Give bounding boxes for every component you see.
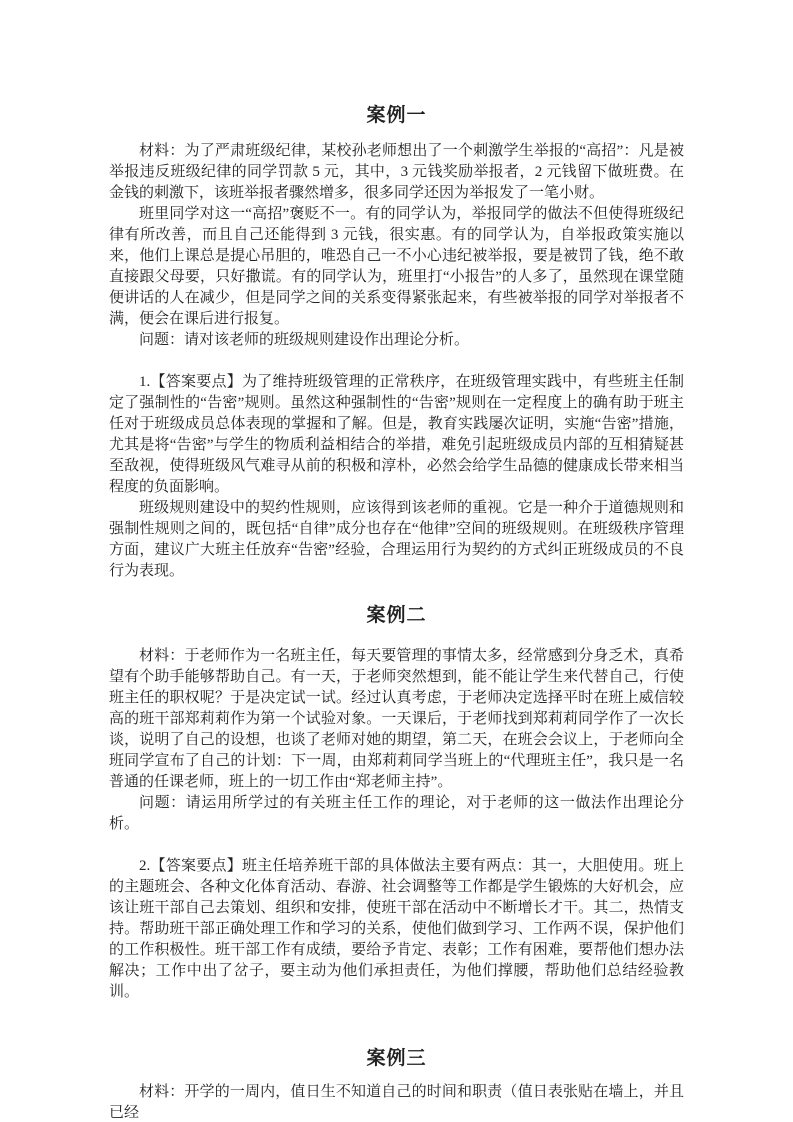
case-1-answer-paragraph-2: 班级规则建设中的契约性规则，应该得到该老师的重视。它是一种介于道德规则和强制性规… [109,498,684,582]
case-1-material-paragraph-1: 材料：为了严肃班级纪律，某校孙老师想出了一个刺激学生举报的“高招”：凡是被举报违… [109,141,684,204]
case-2-question-paragraph: 问题：请运用所学过的有关班主任工作的理论，对于老师的这一做法作出理论分析。 [109,793,684,835]
case-2-material-paragraph-1: 材料：于老师作为一名班主任，每天要管理的事情太多，经常感到分身乏术，真希望有个助… [109,646,684,793]
case-2-answer-block: 2.【答案要点】班主任培养班干部的具体做法主要有两点：其一，大胆使用。班上的主题… [109,856,684,1003]
case-2-title: 案例二 [109,603,684,628]
case-section-3: 案例三 材料：开学的一周内，值日生不知道自己的时间和职责（值日表张贴在墙上，并且… [109,1046,684,1122]
document-page: 案例一 材料：为了严肃班级纪律，某校孙老师想出了一个刺激学生举报的“高招”：凡是… [0,0,793,1122]
case-section-1: 案例一 材料：为了严肃班级纪律，某校孙老师想出了一个刺激学生举报的“高招”：凡是… [109,103,684,582]
case-section-2: 案例二 材料：于老师作为一名班主任，每天要管理的事情太多，经常感到分身乏术，真希… [109,603,684,1003]
case-1-answer-block: 1.【答案要点】为了维持班级管理的正常秩序，在班级管理实践中，有些班主任制定了强… [109,372,684,582]
case-1-question-paragraph: 问题：请对该老师的班级规则建设作出理论分析。 [109,330,684,351]
case-1-material-paragraph-2: 班里同学对这一“高招”褒贬不一。有的同学认为，举报同学的做法不但使得班级纪律有所… [109,204,684,330]
case-3-material-paragraph-1: 材料：开学的一周内，值日生不知道自己的时间和职责（值日表张贴在墙上，并且已经 [109,1082,684,1122]
document-content: 案例一 材料：为了严肃班级纪律，某校孙老师想出了一个刺激学生举报的“高招”：凡是… [109,103,684,1122]
case-1-title: 案例一 [109,103,684,128]
case-2-answer-paragraph-1: 2.【答案要点】班主任培养班干部的具体做法主要有两点：其一，大胆使用。班上的主题… [109,856,684,1003]
case-3-title: 案例三 [109,1046,684,1071]
case-1-answer-paragraph-1: 1.【答案要点】为了维持班级管理的正常秩序，在班级管理实践中，有些班主任制定了强… [109,372,684,498]
